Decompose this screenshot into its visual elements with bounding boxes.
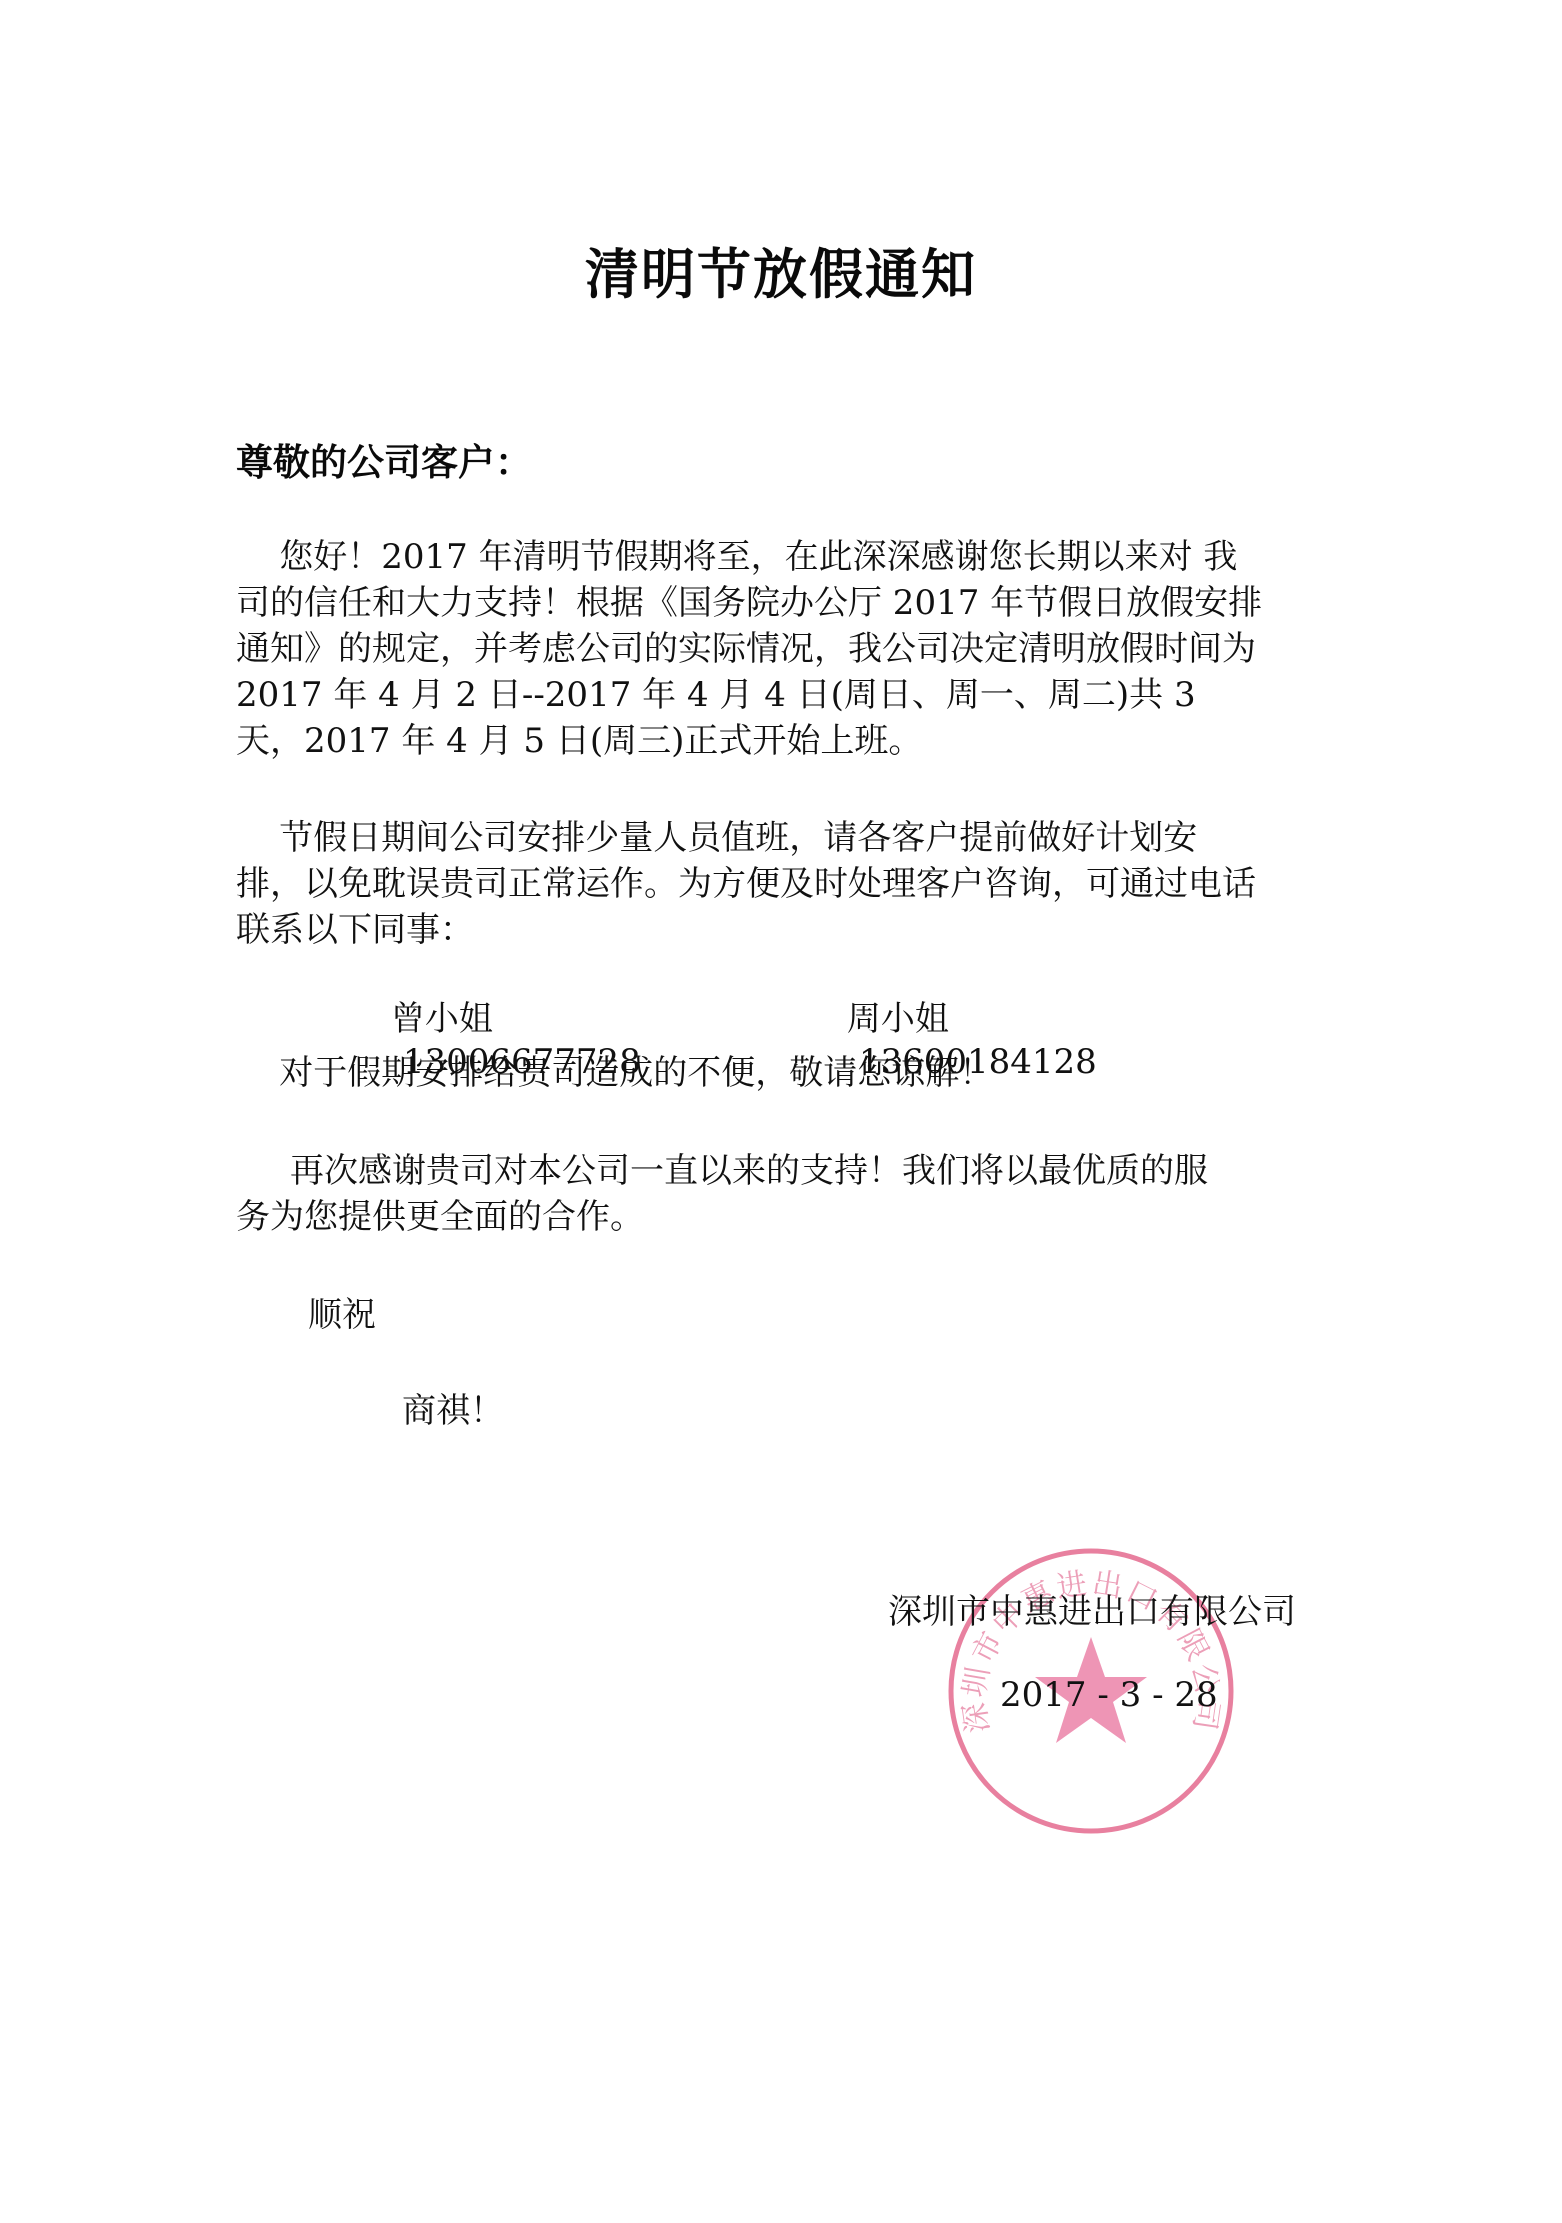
paragraph-line: 2017 年 4 月 2 日--2017 年 4 月 4 日(周日、周一、周二)…: [236, 674, 1196, 717]
page-title: 清明节放假通知: [0, 232, 1562, 309]
paragraph-apology: 对于假期安排给贵司造成的不便，敬请您谅解！: [236, 1052, 993, 1095]
closing-greeting: 顺祝: [308, 1294, 376, 1337]
paragraph-line: 务为您提供更全面的合作。: [236, 1196, 644, 1239]
paragraph-line: 再次感谢贵司对本公司一直以来的支持！我们将以最优质的服: [236, 1150, 1208, 1193]
signature-date: 2017 - 3 - 28: [1000, 1675, 1218, 1715]
paragraph-line: 天，2017 年 4 月 5 日(周三)正式开始上班。: [236, 720, 922, 763]
document-page: 清明节放假通知 尊敬的公司客户： 您好！2017 年清明节假期将至，在此深深感谢…: [0, 0, 1562, 2223]
paragraph-line: 您好！2017 年清明节假期将至，在此深深感谢您长期以来对 我: [236, 536, 1237, 579]
salutation: 尊敬的公司客户：: [236, 432, 532, 486]
paragraph-line: 排，以免耽误贵司正常运作。为方便及时处理客户咨询，可通过电话: [236, 863, 1256, 906]
paragraph-line: 司的信任和大力支持！根据《国务院办公厅 2017 年节假日放假安排: [236, 582, 1262, 625]
contact-item: 周小姐 13600184128: [782, 955, 1097, 1127]
closing-regards: 商祺！: [402, 1390, 504, 1433]
paragraph-line: 联系以下同事：: [236, 909, 474, 952]
paragraph-line: 节假日期间公司安排少量人员值班，请各客户提前做好计划安: [236, 817, 1197, 860]
signature-company: 深圳市中惠进出口有限公司: [888, 1584, 1296, 1633]
contact-item: 曾小姐 13006677728: [326, 955, 641, 1127]
paragraph-line: 通知》的规定，并考虑公司的实际情况，我公司决定清明放假时间为: [236, 628, 1256, 671]
contact-name: 曾小姐: [391, 999, 493, 1039]
contact-name: 周小姐: [847, 999, 949, 1039]
